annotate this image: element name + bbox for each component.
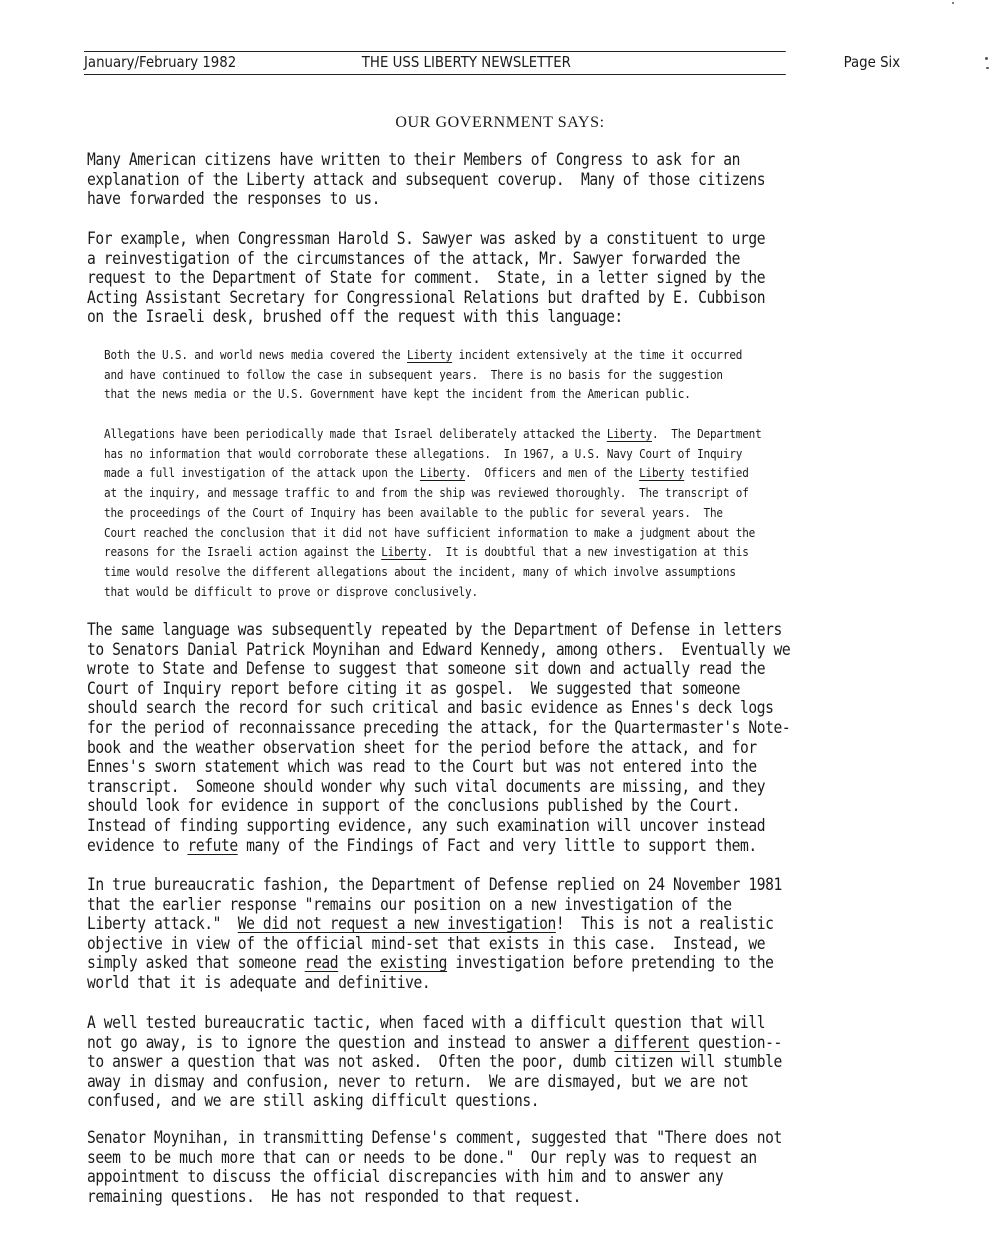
intro-paragraph: Many American citizens have written to t… [87,151,887,210]
text-line: for the period of reconnaissance precedi… [87,719,887,739]
text-line: time would resolve the different allegat… [104,562,922,582]
text-line: remaining questions. He has not responde… [87,1188,887,1208]
underlined-emphasis: different [614,1033,689,1053]
scan-speck [985,57,988,60]
underlined-emphasis: read [305,953,338,973]
page-number: Page Six [844,53,901,71]
bureaucratic-reply-paragraph: In true bureaucratic fashion, the Depart… [87,876,887,994]
text-line: has no information that would corroborat… [104,444,922,464]
underlined-emphasis: Liberty [607,426,652,441]
text-line: to answer a question that was not asked.… [87,1053,887,1073]
text-line: wrote to State and Defense to suggest th… [87,660,887,680]
text-line: Allegations have been periodically made … [104,424,922,444]
text-line: should search the record for such critic… [87,699,887,719]
text-line: on the Israeli desk, brushed off the req… [87,308,887,328]
text-line: reasons for the Israeli action against t… [104,542,922,562]
quoted-letter-paragraph-1: Both the U.S. and world news media cover… [104,345,922,404]
underlined-emphasis: Liberty [407,347,452,362]
text-line: Ennes's sworn statement which was read t… [87,758,887,778]
text-line: Many American citizens have written to t… [87,151,887,171]
underlined-emphasis: Liberty [381,544,426,559]
text-line: Court of Inquiry report before citing it… [87,680,887,700]
text-line: have forwarded the responses to us. [87,190,887,210]
text-line: explanation of the Liberty attack and su… [87,171,887,191]
text-line: appointment to discuss the official disc… [87,1168,887,1188]
text-line: to Senators Danial Patrick Moynihan and … [87,641,887,661]
tactic-paragraph: A well tested bureaucratic tactic, when … [87,1014,887,1112]
defense-response-paragraph: The same language was subsequently repea… [87,621,887,856]
moynihan-paragraph: Senator Moynihan, in transmitting Defens… [87,1129,887,1207]
page-header: January/February 1982 THE USS LIBERTY NE… [84,51,786,75]
text-line: that the news media or the U.S. Governme… [104,384,922,404]
text-line: book and the weather observation sheet f… [87,739,887,759]
issue-date: January/February 1982 [84,53,236,71]
text-line: transcript. Someone should wonder why su… [87,778,887,798]
text-line: should look for evidence in support of t… [87,797,887,817]
text-line: Senator Moynihan, in transmitting Defens… [87,1129,887,1149]
text-line: A well tested bureaucratic tactic, when … [87,1014,887,1034]
text-line: Court reached the conclusion that it did… [104,523,922,543]
underlined-emphasis: We did not request a new investigation [238,914,556,934]
scan-speck [986,67,989,69]
text-line: Instead of finding supporting evidence, … [87,817,887,837]
text-line: world that it is adequate and definitive… [87,974,887,994]
text-line: not go away, is to ignore the question a… [87,1034,887,1054]
underlined-emphasis: Liberty [639,465,684,480]
text-line: that the earlier response "remains our p… [87,896,887,916]
text-line: In true bureaucratic fashion, the Depart… [87,876,887,896]
text-line: The same language was subsequently repea… [87,621,887,641]
text-line: confused, and we are still asking diffic… [87,1092,887,1112]
text-line: at the inquiry, and message traffic to a… [104,483,922,503]
example-paragraph: For example, when Congressman Harold S. … [87,230,887,328]
text-line: evidence to refute many of the Findings … [87,837,887,857]
text-line: away in dismay and confusion, never to r… [87,1073,887,1093]
text-line: a reinvestigation of the circumstances o… [87,250,887,270]
text-line: Both the U.S. and world news media cover… [104,345,922,365]
text-line: and have continued to follow the case in… [104,365,922,385]
text-line: made a full investigation of the attack … [104,463,922,483]
text-line: the proceedings of the Court of Inquiry … [104,503,922,523]
text-line: objective in view of the official mind-s… [87,935,887,955]
text-line: that would be difficult to prove or disp… [104,582,922,602]
text-line: Liberty attack." We did not request a ne… [87,915,887,935]
underlined-emphasis: refute [187,836,237,856]
text-line: simply asked that someone read the exist… [87,954,887,974]
text-line: For example, when Congressman Harold S. … [87,230,887,250]
underlined-emphasis: Liberty [420,465,465,480]
quoted-letter-paragraph-2: Allegations have been periodically made … [104,424,922,601]
text-line: seem to be much more that can or needs t… [87,1149,887,1169]
article-title: OUR GOVERNMENT SAYS: [0,114,1000,132]
newsletter-title: THE USS LIBERTY NEWSLETTER [362,53,571,71]
text-line: request to the Department of State for c… [87,269,887,289]
scan-speck [952,2,954,4]
text-line: Acting Assistant Secretary for Congressi… [87,289,887,309]
underlined-emphasis: existing [380,953,447,973]
